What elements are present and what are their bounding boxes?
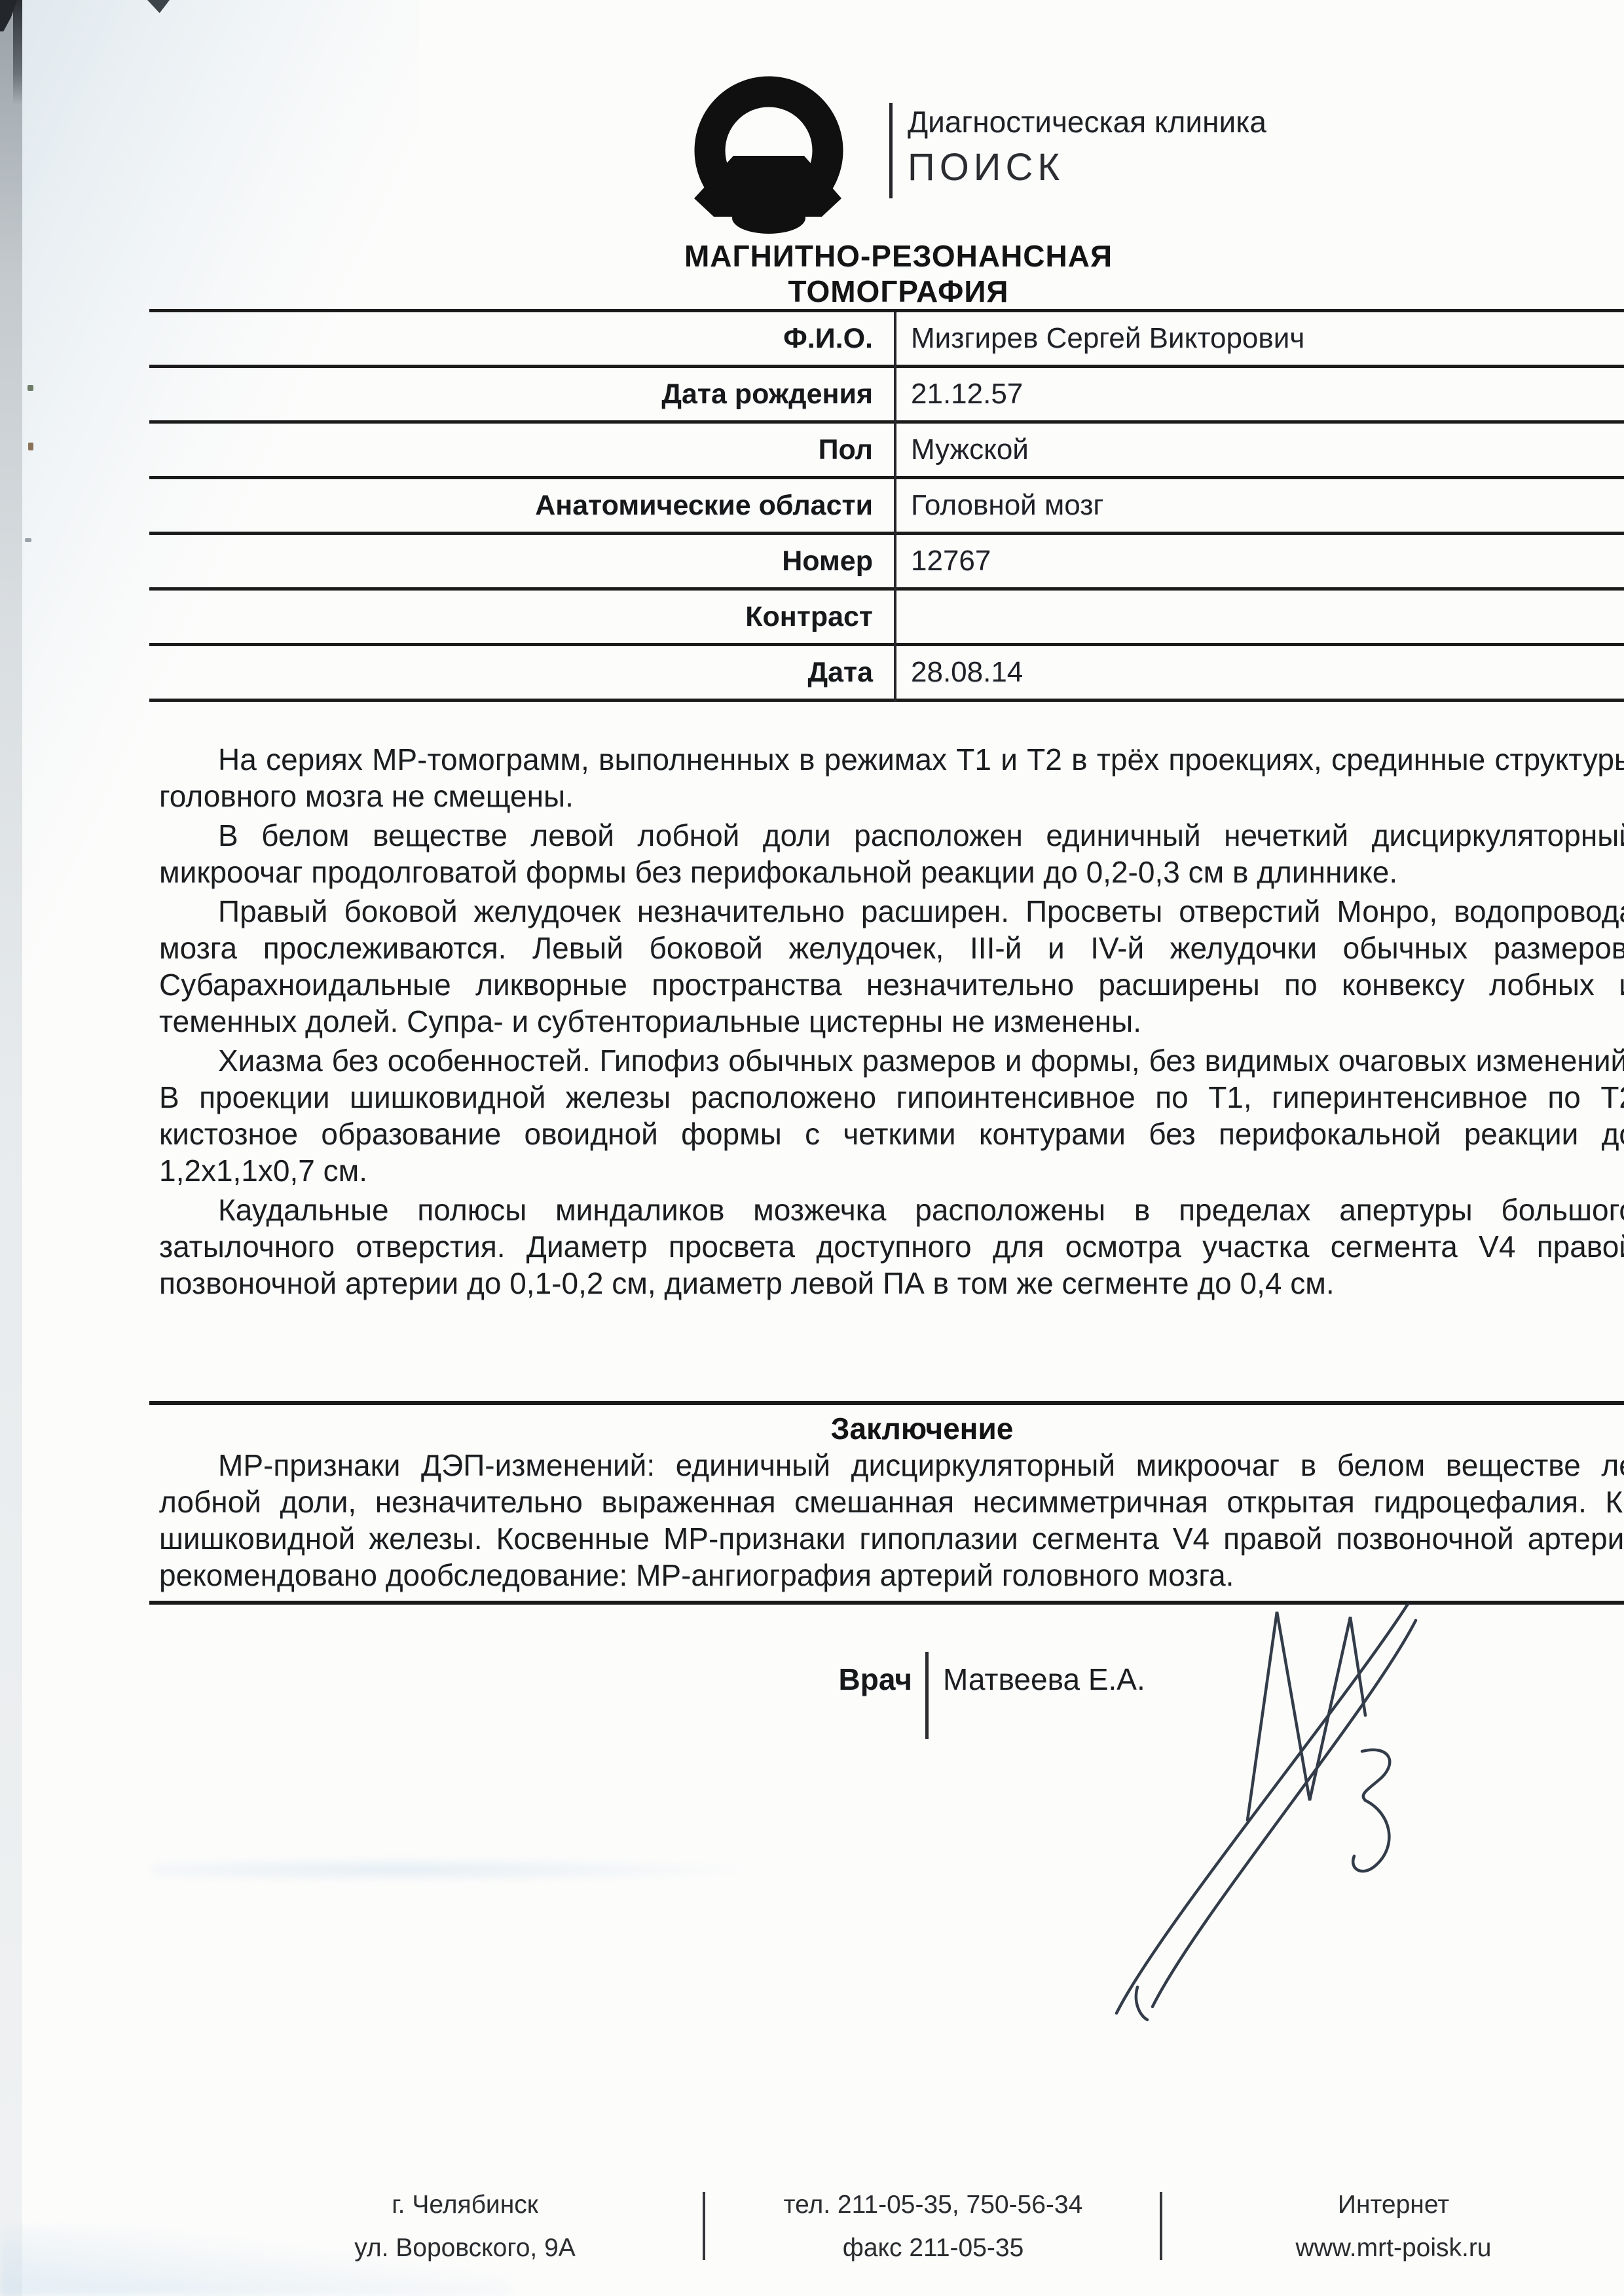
clinic-tagline: Диагностическая клиника [908,105,1266,138]
scanned-mri-report-page: Диагностическая клиника ПОИСК МАГНИТНО-Р… [0,0,1624,2296]
table-row: Пол Мужской [149,424,1624,479]
row-value: 12767 [894,545,1624,577]
header-divider [889,103,893,198]
table-row: Номер 12767 [149,535,1624,591]
conclusion-section: Заключение МР-признаки ДЭП-изменений: ед… [159,1410,1624,1594]
footer-address-block: г. Челябинск ул. Воровского, 9А [262,2183,668,2270]
scan-artifact-top-triangle [147,0,170,13]
row-value: Мужской [894,433,1624,466]
footer-divider [1160,2192,1162,2260]
findings-section: На сериях МР-томограмм, выполненных в ре… [159,741,1624,1304]
scan-artifact-left-edge [0,0,22,2296]
footer-fax: факс 211-05-35 [730,2227,1136,2270]
clinic-logo-mri-icon [688,67,848,241]
scan-artifact-speck [28,385,33,391]
scan-artifact-speck [25,538,31,542]
conclusion-text: МР-признаки ДЭП-изменений: единичный дис… [159,1447,1624,1594]
conclusion-rule-top [149,1401,1624,1405]
clinic-brand: ПОИСК [908,148,1064,187]
footer-web-block: Интернет www.mrt-poisk.ru [1192,2183,1595,2270]
doctor-label: Врач [773,1662,912,1697]
findings-paragraph: Хиазма без особенностей. Гипофиз обычных… [159,1042,1624,1189]
footer-internet-label: Интернет [1192,2183,1595,2227]
row-value: 21.12.57 [894,378,1624,410]
scan-artifact-streak [151,1857,773,1883]
footer-city: г. Челябинск [262,2183,668,2227]
table-row: Анатомические области Головной мозг [149,479,1624,535]
scan-artifact-speck [28,443,33,450]
table-row: Ф.И.О. Мизгирев Сергей Викторович [149,312,1624,368]
row-label: Контраст [149,601,894,633]
footer-divider [703,2192,705,2260]
row-label: Номер [149,545,894,577]
footer-phone-block: тел. 211-05-35, 750-56-34 факс 211-05-35 [730,2183,1136,2270]
row-value: Мизгирев Сергей Викторович [894,322,1624,355]
footer-street: ул. Воровского, 9А [262,2227,668,2270]
findings-paragraph: Каудальные полюсы миндаликов мозжечка ра… [159,1192,1624,1302]
findings-paragraph: На сериях МР-томограмм, выполненных в ре… [159,741,1624,814]
table-row: Дата рождения 21.12.57 [149,368,1624,424]
footer-website: www.mrt-poisk.ru [1192,2227,1595,2270]
findings-paragraph: В белом веществе левой лобной доли распо… [159,817,1624,890]
row-value: Головной мозг [894,489,1624,522]
table-row: Дата 28.08.14 [149,646,1624,702]
patient-table: Ф.И.О. Мизгирев Сергей Викторович Дата р… [149,309,1624,702]
footer-phones: тел. 211-05-35, 750-56-34 [730,2183,1136,2227]
conclusion-heading: Заключение [159,1410,1624,1447]
row-label: Пол [149,434,894,466]
doctor-divider [925,1652,929,1739]
doctor-signature [1067,1588,1447,2026]
row-label: Дата рождения [149,378,894,410]
findings-paragraph: Правый боковой желудочек незначительно р… [159,893,1624,1040]
row-value: 28.08.14 [894,656,1624,689]
row-label: Дата [149,657,894,689]
scan-artifact-edge-sliver [13,0,22,105]
report-title: МАГНИТНО-РЕЗОНАНСНАЯ ТОМОГРАФИЯ [610,238,1187,309]
table-row: Контраст [149,591,1624,646]
row-label: Ф.И.О. [149,323,894,355]
row-label: Анатомические области [149,490,894,522]
